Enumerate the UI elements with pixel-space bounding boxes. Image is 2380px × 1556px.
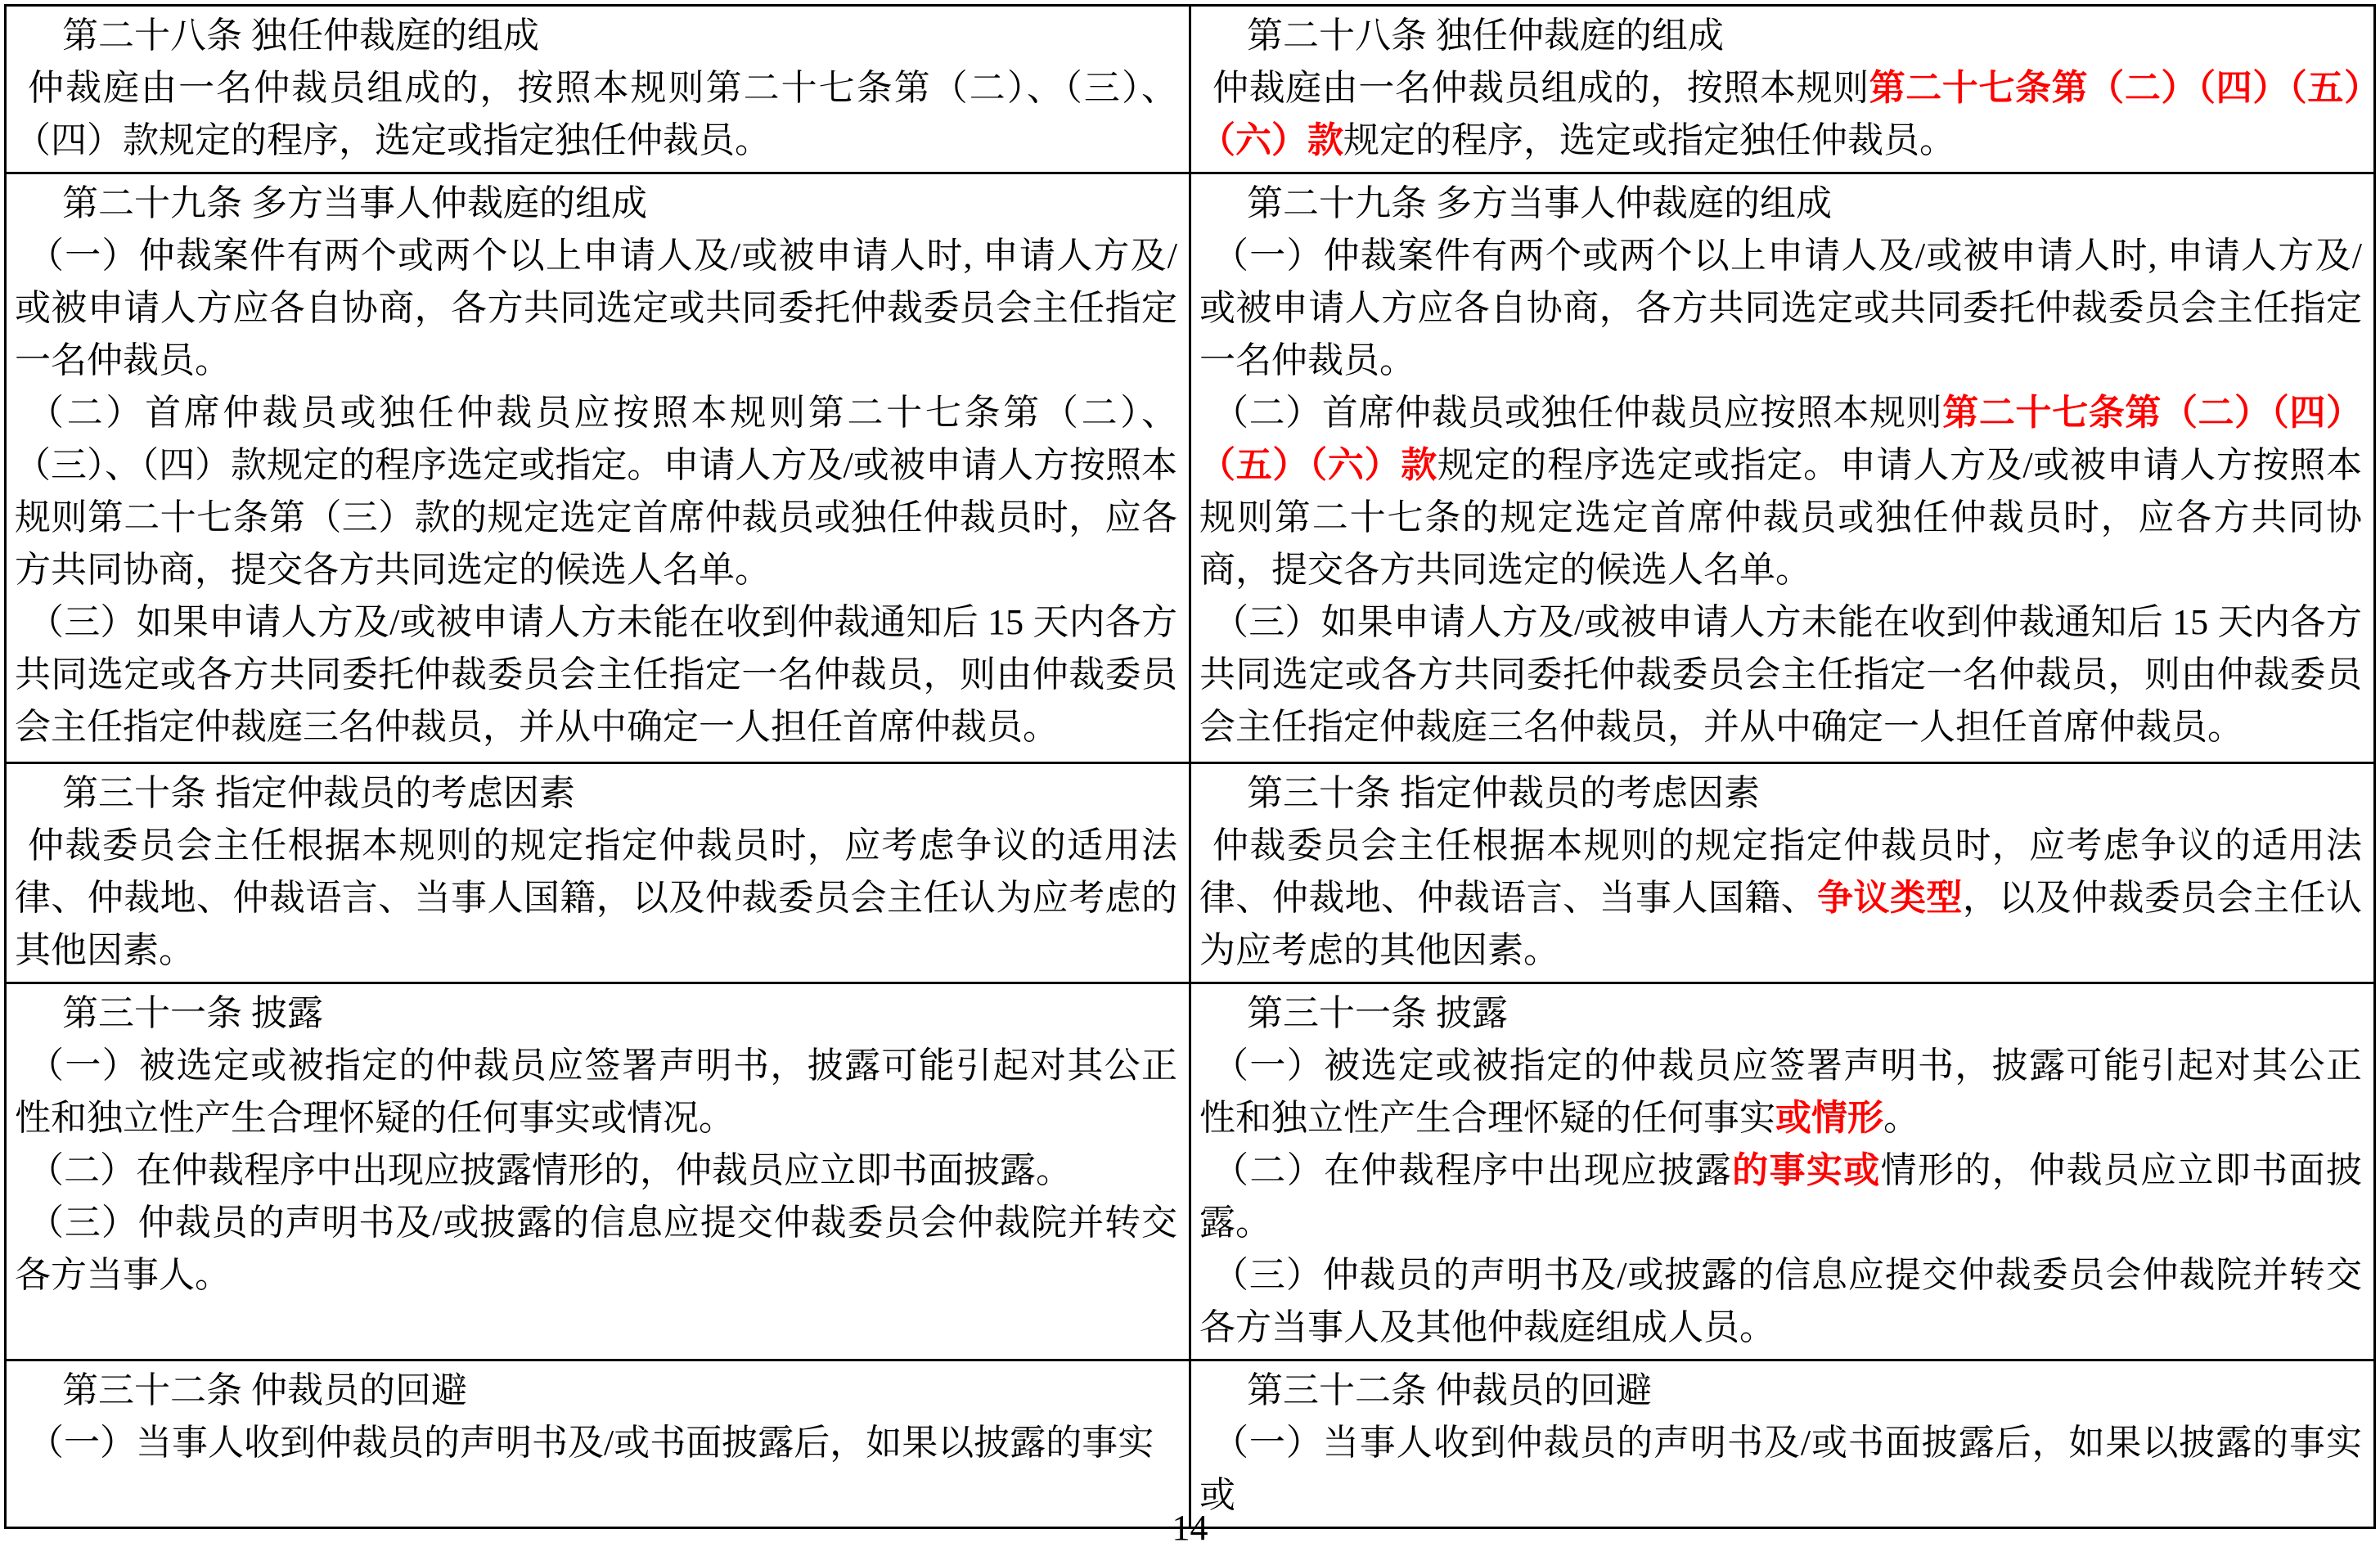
article-heading: 第二十八条 独任仲裁庭的组成 bbox=[1199, 10, 2362, 62]
article-heading: 第三十一条 披露 bbox=[15, 987, 1177, 1040]
cell-revised-text: 第二十九条 多方当事人仲裁庭的组成（一）仲裁案件有两个或两个以上申请人及/或被申… bbox=[1190, 173, 2375, 763]
comparison-table-body: 第二十八条 独任仲裁庭的组成仲裁庭由一名仲裁员组成的，按照本规则第二十七条第（二… bbox=[6, 6, 2375, 1528]
cell-revised-text: 第二十八条 独任仲裁庭的组成仲裁庭由一名仲裁员组成的，按照本规则第二十七条第（二… bbox=[1190, 6, 2375, 173]
cell-revised-text: 第三十条 指定仲裁员的考虑因素仲裁委员会主任根据本规则的规定指定仲裁员时，应考虑… bbox=[1190, 763, 2375, 983]
comparison-table: 第二十八条 独任仲裁庭的组成仲裁庭由一名仲裁员组成的，按照本规则第二十七条第（二… bbox=[4, 4, 2376, 1529]
text-segment: （二）在仲裁程序中出现应披露情形的，仲裁员应立即书面披露。 bbox=[28, 1150, 1072, 1190]
cell-original-text: 第二十九条 多方当事人仲裁庭的组成（一）仲裁案件有两个或两个以上申请人及/或被申… bbox=[6, 173, 1190, 763]
paragraph: （二）首席仲裁员或独任仲裁员应按照本规则第二十七条第（二）、（三）、（四）款规定… bbox=[15, 387, 1177, 596]
paragraph: （三）如果申请人方及/或被申请人方未能在收到仲裁通知后 15 天内各方共同选定或… bbox=[15, 596, 1177, 753]
text-segment: （二）首席仲裁员或独任仲裁员应按照本规则第二十七条第（二）、（三）、（四）款规定… bbox=[15, 393, 1177, 590]
revision-text: 争议类型 bbox=[1817, 878, 1963, 918]
article-heading: 第三十二条 仲裁员的回避 bbox=[1199, 1365, 2362, 1417]
paragraph: （一）被选定或被指定的仲裁员应签署声明书，披露可能引起对其公正性和独立性产生合理… bbox=[1199, 1040, 2362, 1145]
text-segment: （一）仲裁案件有两个或两个以上申请人及/或被申请人时, 申请人方及/或被申请人方… bbox=[15, 236, 1177, 380]
article-heading: 第二十九条 多方当事人仲裁庭的组成 bbox=[1199, 178, 2362, 230]
table-row: 第二十八条 独任仲裁庭的组成仲裁庭由一名仲裁员组成的，按照本规则第二十七条第（二… bbox=[6, 6, 2375, 173]
paragraph: （一）当事人收到仲裁员的声明书及/或书面披露后，如果以披露的事实 bbox=[15, 1417, 1177, 1469]
cell-revised-text: 第三十一条 披露（一）被选定或被指定的仲裁员应签署声明书，披露可能引起对其公正性… bbox=[1190, 983, 2375, 1360]
cell-revised-text: 第三十二条 仲裁员的回避（一）当事人收到仲裁员的声明书及/或书面披露后，如果以披… bbox=[1190, 1360, 2375, 1528]
revision-text: 或情形 bbox=[1775, 1098, 1883, 1138]
text-segment: （一）被选定或被指定的仲裁员应签署声明书，披露可能引起对其公正性和独立性产生合理… bbox=[15, 1046, 1177, 1138]
table-row: 第三十条 指定仲裁员的考虑因素仲裁委员会主任根据本规则的规定指定仲裁员时，应考虑… bbox=[6, 763, 2375, 983]
text-segment: （三）如果申请人方及/或被申请人方未能在收到仲裁通知后 15 天内各方共同选定或… bbox=[1199, 602, 2362, 747]
text-segment: （一）仲裁案件有两个或两个以上申请人及/或被申请人时, 申请人方及/或被申请人方… bbox=[1199, 236, 2362, 380]
text-segment: 仲裁庭由一名仲裁员组成的，按照本规则 bbox=[1212, 68, 1869, 108]
article-heading: 第二十九条 多方当事人仲裁庭的组成 bbox=[15, 178, 1177, 230]
paragraph: （二）首席仲裁员或独任仲裁员应按照本规则第二十七条第（二）（四）（五）（六）款规… bbox=[1199, 387, 2362, 596]
text-segment: （二）在仲裁程序中出现应披露 bbox=[1212, 1150, 1732, 1190]
paragraph: （三）仲裁员的声明书及/或披露的信息应提交仲裁委员会仲裁院并转交各方当事人及其他… bbox=[1199, 1249, 2362, 1354]
paragraph: （一）被选定或被指定的仲裁员应签署声明书，披露可能引起对其公正性和独立性产生合理… bbox=[15, 1040, 1177, 1145]
paragraph: （一）仲裁案件有两个或两个以上申请人及/或被申请人时, 申请人方及/或被申请人方… bbox=[15, 230, 1177, 387]
document-page: 第二十八条 独任仲裁庭的组成仲裁庭由一名仲裁员组成的，按照本规则第二十七条第（二… bbox=[0, 0, 2380, 1556]
article-heading: 第三十条 指定仲裁员的考虑因素 bbox=[1199, 767, 2362, 820]
paragraph: （三）仲裁员的声明书及/或披露的信息应提交仲裁委员会仲裁院并转交各方当事人。 bbox=[15, 1197, 1177, 1302]
revision-text: 的事实或 bbox=[1732, 1150, 1880, 1190]
paragraph: （二）在仲裁程序中出现应披露的事实或情形的，仲裁员应立即书面披露。 bbox=[1199, 1145, 2362, 1249]
paragraph: （三）如果申请人方及/或被申请人方未能在收到仲裁通知后 15 天内各方共同选定或… bbox=[1199, 596, 2362, 753]
article-heading: 第三十二条 仲裁员的回避 bbox=[15, 1365, 1177, 1417]
table-row: 第三十二条 仲裁员的回避（一）当事人收到仲裁员的声明书及/或书面披露后，如果以披… bbox=[6, 1360, 2375, 1528]
table-row: 第三十一条 披露（一）被选定或被指定的仲裁员应签署声明书，披露可能引起对其公正性… bbox=[6, 983, 2375, 1360]
paragraph: 仲裁庭由一名仲裁员组成的，按照本规则第二十七条第（二）、（三）、（四）款规定的程… bbox=[15, 62, 1177, 167]
text-segment: （一）当事人收到仲裁员的声明书及/或书面披露后，如果以披露的事实 bbox=[28, 1423, 1154, 1463]
text-segment: 。 bbox=[1883, 1098, 1919, 1138]
paragraph: 仲裁委员会主任根据本规则的规定指定仲裁员时，应考虑争议的适用法律、仲裁地、仲裁语… bbox=[15, 820, 1177, 977]
article-heading: 第三十一条 披露 bbox=[1199, 987, 2362, 1040]
paragraph: 仲裁委员会主任根据本规则的规定指定仲裁员时，应考虑争议的适用法律、仲裁地、仲裁语… bbox=[1199, 820, 2362, 977]
paragraph: （二）在仲裁程序中出现应披露情形的，仲裁员应立即书面披露。 bbox=[15, 1145, 1177, 1197]
table-row: 第二十九条 多方当事人仲裁庭的组成（一）仲裁案件有两个或两个以上申请人及/或被申… bbox=[6, 173, 2375, 763]
text-segment: （一）当事人收到仲裁员的声明书及/或书面披露后，如果以披露的事实或 bbox=[1199, 1423, 2362, 1515]
text-segment: （三）如果申请人方及/或被申请人方未能在收到仲裁通知后 15 天内各方共同选定或… bbox=[15, 602, 1177, 747]
page-number: 14 bbox=[0, 1504, 2380, 1553]
paragraph: （一）仲裁案件有两个或两个以上申请人及/或被申请人时, 申请人方及/或被申请人方… bbox=[1199, 230, 2362, 387]
paragraph: 仲裁庭由一名仲裁员组成的，按照本规则第二十七条第（二）（四）（五）（六）款规定的… bbox=[1199, 62, 2362, 167]
text-segment: （三）仲裁员的声明书及/或披露的信息应提交仲裁委员会仲裁院并转交各方当事人。 bbox=[15, 1203, 1177, 1295]
article-heading: 第二十八条 独任仲裁庭的组成 bbox=[15, 10, 1177, 62]
cell-original-text: 第三十一条 披露（一）被选定或被指定的仲裁员应签署声明书，披露可能引起对其公正性… bbox=[6, 983, 1190, 1360]
article-heading: 第三十条 指定仲裁员的考虑因素 bbox=[15, 767, 1177, 820]
text-segment: 规定的程序，选定或指定独任仲裁员。 bbox=[1343, 120, 1955, 160]
text-segment: （三）仲裁员的声明书及/或披露的信息应提交仲裁委员会仲裁院并转交各方当事人及其他… bbox=[1199, 1255, 2362, 1347]
text-segment: 仲裁委员会主任根据本规则的规定指定仲裁员时，应考虑争议的适用法律、仲裁地、仲裁语… bbox=[15, 825, 1177, 970]
text-segment: 仲裁庭由一名仲裁员组成的，按照本规则第二十七条第（二）、（三）、（四）款规定的程… bbox=[15, 68, 1177, 160]
cell-original-text: 第二十八条 独任仲裁庭的组成仲裁庭由一名仲裁员组成的，按照本规则第二十七条第（二… bbox=[6, 6, 1190, 173]
cell-original-text: 第三十二条 仲裁员的回避（一）当事人收到仲裁员的声明书及/或书面披露后，如果以披… bbox=[6, 1360, 1190, 1528]
text-segment: （二）首席仲裁员或独任仲裁员应按照本规则 bbox=[1212, 393, 1942, 433]
cell-original-text: 第三十条 指定仲裁员的考虑因素仲裁委员会主任根据本规则的规定指定仲裁员时，应考虑… bbox=[6, 763, 1190, 983]
